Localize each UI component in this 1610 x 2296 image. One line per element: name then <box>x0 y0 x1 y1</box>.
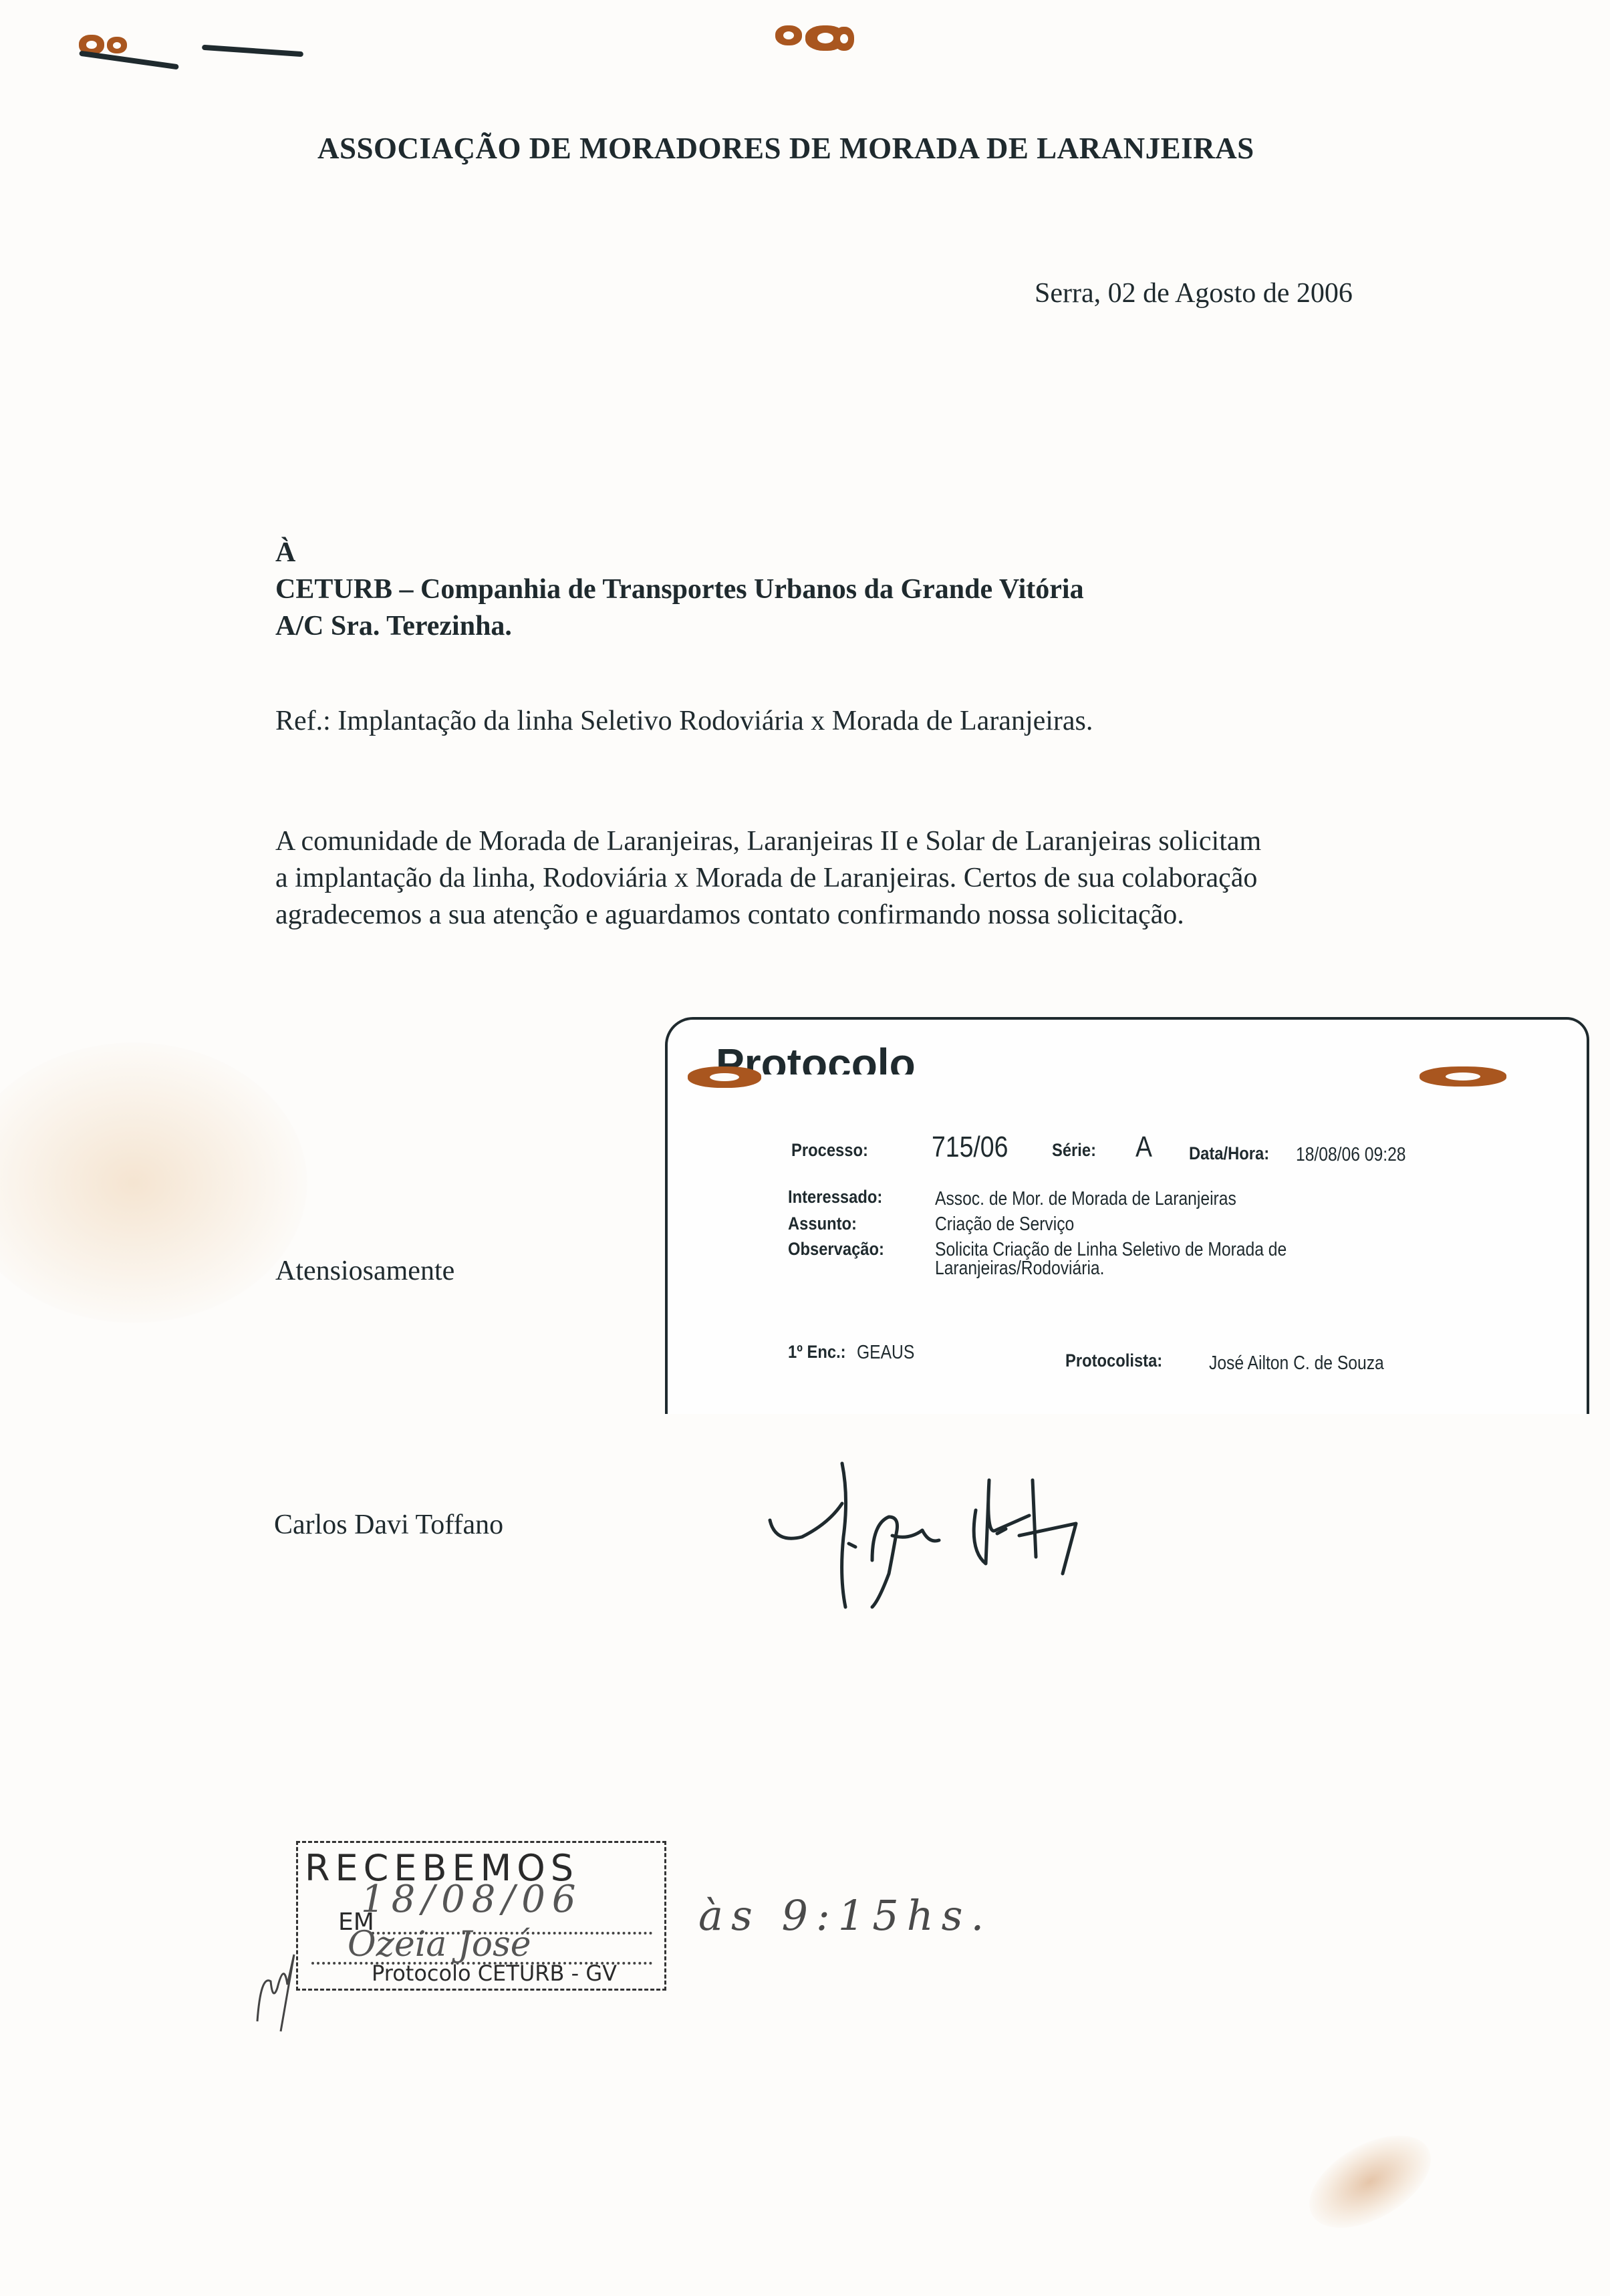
addressee-attention: A/C Sra. Terezinha. <box>275 608 1084 645</box>
rust-mark <box>834 27 854 51</box>
assunto-label: Assunto: <box>788 1213 857 1234</box>
observacao-value: Solicita Criação de Linha Seletivo de Mo… <box>935 1240 1287 1278</box>
observacao-line: Laranjeiras/Rodoviária. <box>935 1259 1287 1278</box>
rust-mark <box>775 25 802 45</box>
datahora-label: Data/Hora: <box>1189 1143 1269 1164</box>
serie-value: A <box>1135 1131 1152 1164</box>
body-line: a implantação da linha, Rodoviária x Mor… <box>275 860 1261 897</box>
protocolista-label: Protocolista: <box>1065 1350 1162 1371</box>
addressee-block: À CETURB – Companhia de Transportes Urba… <box>275 535 1084 645</box>
encaminhamento-label: 1º Enc.: <box>788 1342 846 1362</box>
staple-mark <box>79 51 179 70</box>
paper-stain <box>0 1042 307 1323</box>
interessado-value: Assoc. de Mor. de Morada de Laranjeiras <box>935 1188 1236 1210</box>
processo-label: Processo: <box>791 1140 868 1161</box>
interessado-label: Interessado: <box>788 1187 882 1207</box>
body-line: A comunidade de Morada de Laranjeiras, L… <box>275 823 1261 860</box>
staple-mark <box>202 45 303 57</box>
processo-value: 715/06 <box>932 1131 1008 1164</box>
stamp-handwritten-name: Ozeia José <box>348 1924 531 1965</box>
paper-stain <box>1294 2116 1446 2247</box>
closing: Atensiosamente <box>275 1255 454 1287</box>
datahora-value: 18/08/06 09:28 <box>1296 1144 1405 1166</box>
letter-heading: ASSOCIAÇÃO DE MORADORES DE MORADA DE LAR… <box>317 131 1254 166</box>
handwritten-initials <box>254 1948 314 2035</box>
addressee-organization: CETURB – Companhia de Transportes Urbano… <box>275 571 1084 608</box>
sender-name: Carlos Davi Toffano <box>274 1509 503 1541</box>
observacao-line: Solicita Criação de Linha Seletivo de Mo… <box>935 1240 1287 1259</box>
reference-line: Ref.: Implantação da linha Seletivo Rodo… <box>275 705 1093 737</box>
rust-mark <box>1420 1066 1506 1087</box>
body-line: agradecemos a sua atenção e aguardamos c… <box>275 897 1261 934</box>
rust-mark <box>688 1066 761 1088</box>
handwritten-time: às 9:15hs. <box>698 1891 992 1940</box>
letter-body: A comunidade de Morada de Laranjeiras, L… <box>275 823 1261 934</box>
protocol-slip: Protocolo Processo: 715/06 Série: A Data… <box>665 1017 1589 1414</box>
addressee-prefix: À <box>275 535 1084 571</box>
protocolista-value: José Ailton C. de Souza <box>1209 1352 1384 1375</box>
serie-label: Série: <box>1052 1140 1096 1161</box>
stamp-handwritten-date: 18/08/06 <box>361 1878 583 1921</box>
observacao-label: Observação: <box>788 1239 884 1260</box>
place-date: Serra, 02 de Agosto de 2006 <box>1035 277 1353 309</box>
signature <box>755 1457 1223 1617</box>
encaminhamento-value: GEAUS <box>857 1342 914 1364</box>
rust-mark <box>107 37 127 53</box>
assunto-value: Criação de Serviço <box>935 1213 1074 1236</box>
